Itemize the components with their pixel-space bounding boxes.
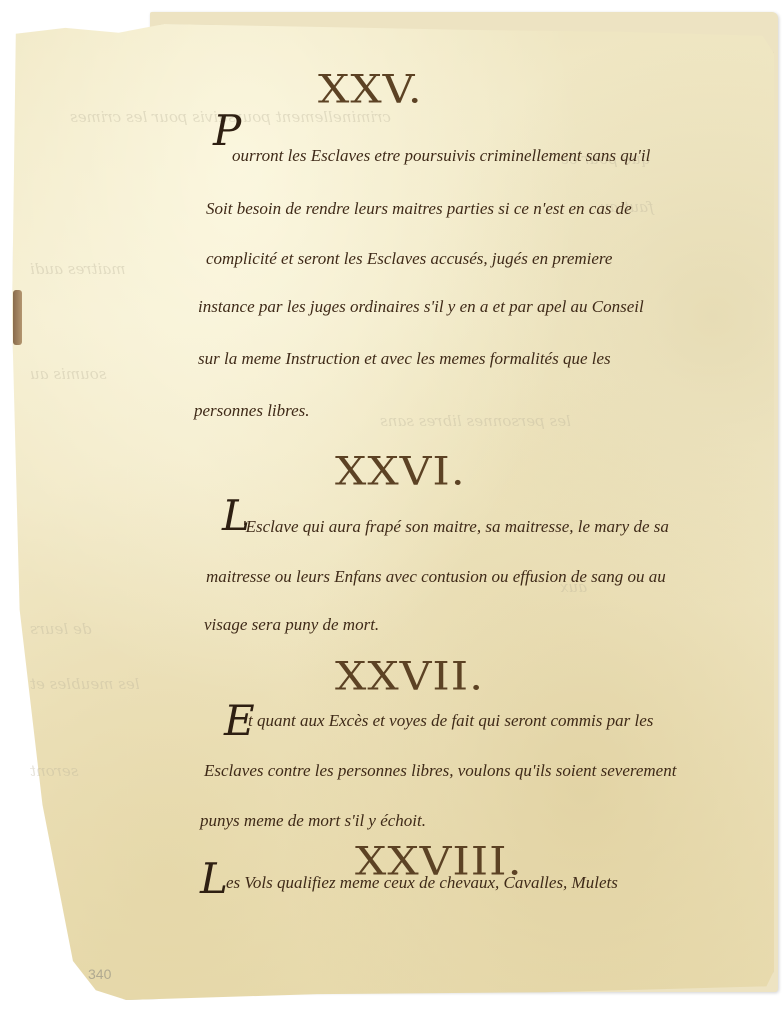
article-number-xxv: XXV. — [318, 70, 423, 110]
folio-pencil-mark: 340 — [88, 966, 111, 982]
bleed-through-text: de leurs — [30, 620, 91, 638]
text-line: ourront les Esclaves etre poursuivis cri… — [232, 147, 650, 164]
text-line: instance par les juges ordinaires s'il y… — [198, 298, 644, 315]
text-line: 'Esclave qui aura frapé son maitre, sa m… — [242, 518, 669, 535]
text-line: t quant aux Excès et voyes de fait qui s… — [248, 712, 653, 729]
text-line: Esclaves contre les personnes libres, vo… — [204, 762, 676, 779]
text-line: personnes libres. — [194, 402, 310, 419]
text-line: maitresse ou leurs Enfans avec contusion… — [206, 568, 666, 585]
binding-stain — [13, 290, 22, 345]
text-line: sur la meme Instruction et avec les meme… — [198, 350, 611, 367]
bleed-through-text: soumis au — [30, 365, 106, 383]
text-line: visage sera puny de mort. — [204, 616, 379, 633]
text-line: es Vols qualifiez meme ceux de chevaux, … — [226, 874, 618, 891]
text-line: complicité et seront les Esclaves accusé… — [206, 250, 612, 267]
text-line: punys meme de mort s'il y échoit. — [200, 812, 426, 829]
bleed-through-text: seront — [30, 762, 78, 780]
article-number-xxvii: XXVII. — [335, 657, 484, 697]
bleed-through-text: les personnes libres sans — [380, 412, 571, 430]
article-number-xxvi: XXVI. — [335, 452, 466, 492]
bleed-through-text: maitres audi — [30, 260, 126, 278]
text-line: Soit besoin de rendre leurs maitres part… — [206, 200, 632, 217]
dropcap-xxviii: L — [200, 858, 228, 900]
bleed-through-text: les meubles et — [30, 675, 140, 693]
